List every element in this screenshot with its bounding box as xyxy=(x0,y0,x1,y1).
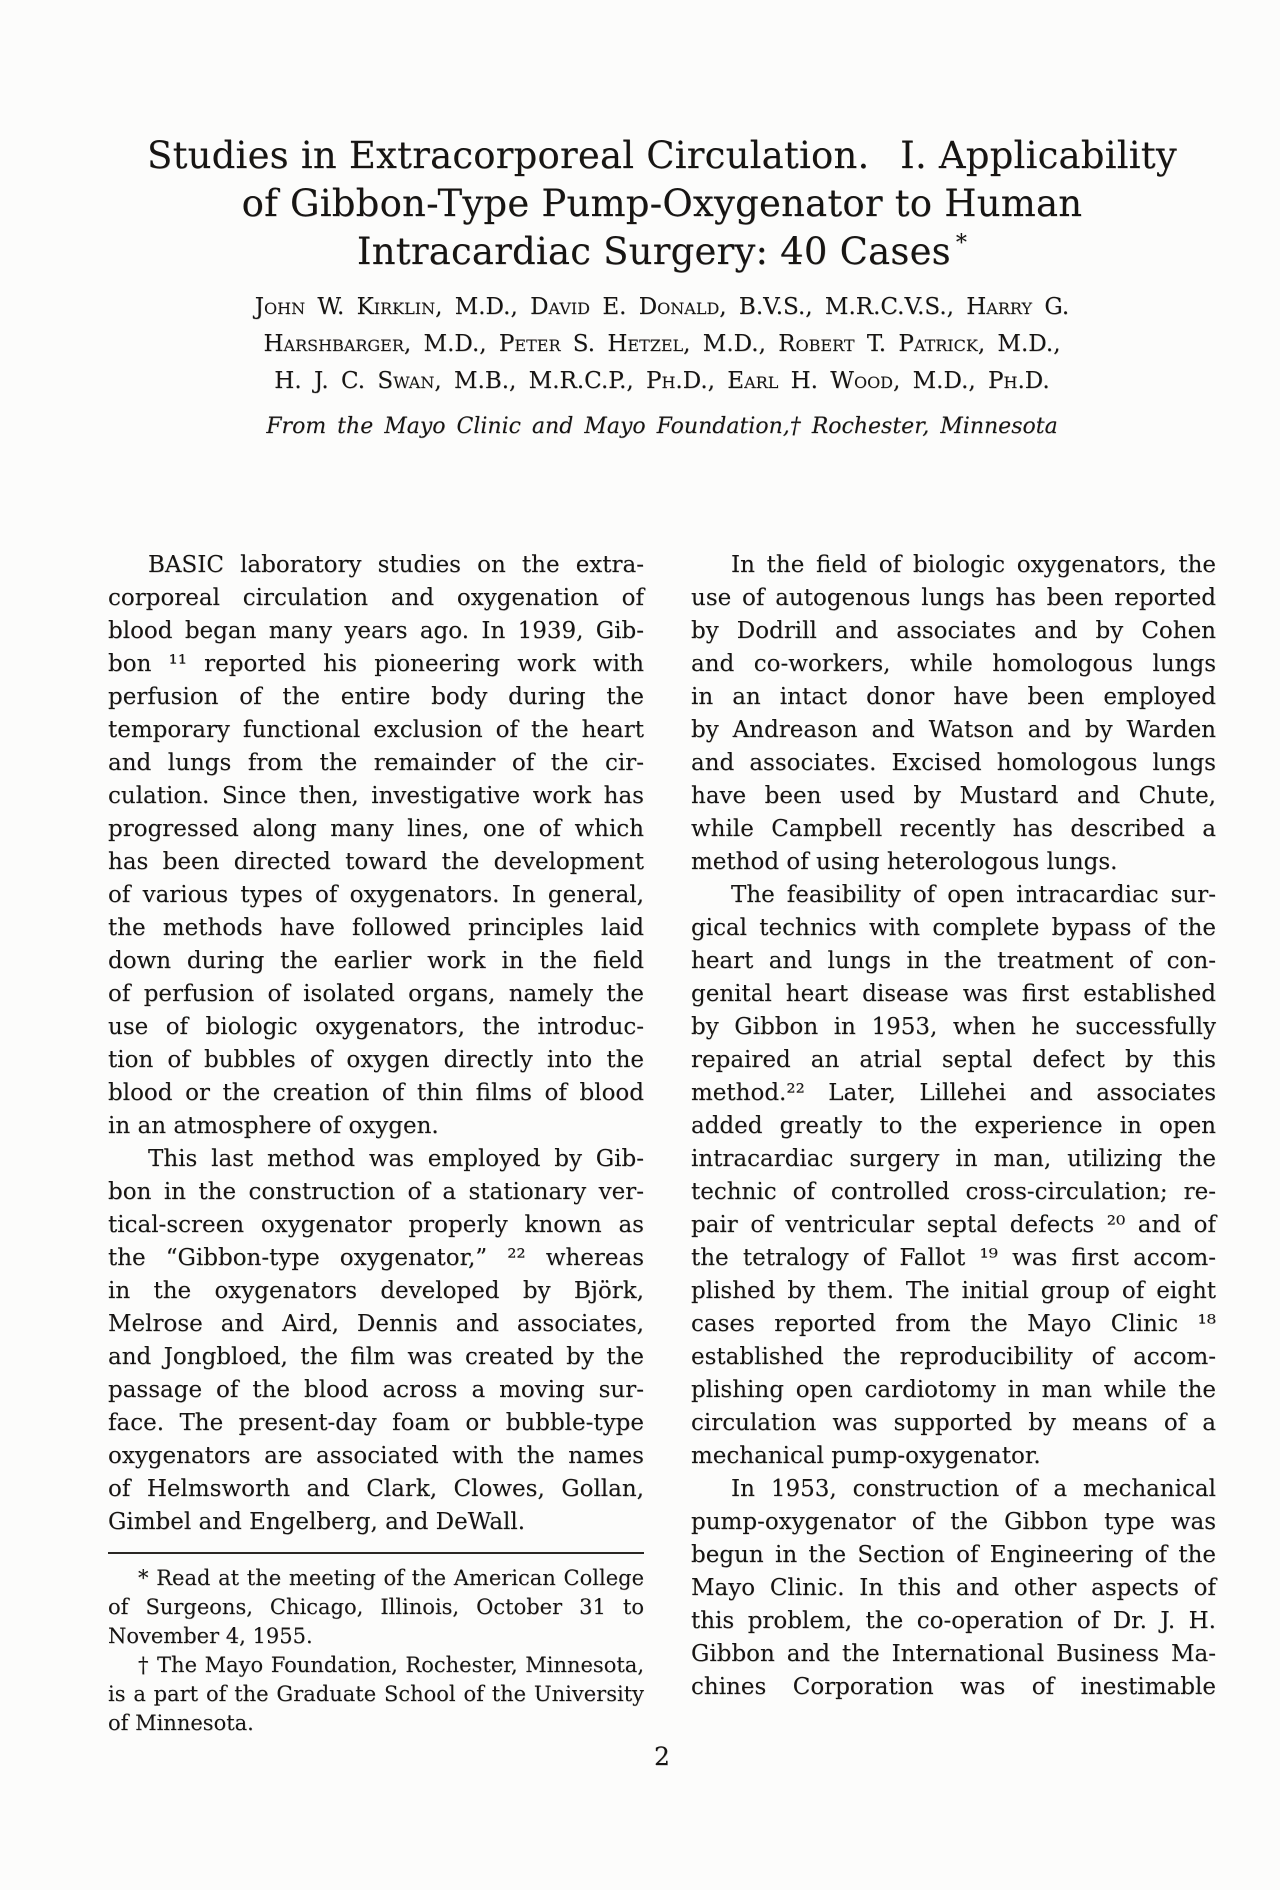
paragraph: * Read at the meeting of the American Co… xyxy=(108,1564,644,1651)
text-line: genital heart disease was first establis… xyxy=(691,978,1216,1011)
text-line: by Andreason and Watson and by Warden xyxy=(691,714,1216,747)
page: Studies in Extracorporeal Circulation. I… xyxy=(0,0,1280,1890)
text-line: The feasibility of open intracardiac sur… xyxy=(691,879,1216,912)
text-line: Gimbel and Engelberg, and DeWall. xyxy=(108,1506,644,1539)
text-line: blood began many years ago. In 1939, Gib… xyxy=(108,615,644,648)
title-footnote-marker: * xyxy=(956,231,967,256)
article-body: BASIC laboratory studies on the extra-co… xyxy=(108,549,1216,1738)
text-line: and lungs from the remainder of the cir- xyxy=(108,747,644,780)
left-column: BASIC laboratory studies on the extra-co… xyxy=(108,549,644,1738)
text-line: blood or the creation of thin films of b… xyxy=(108,1077,644,1110)
text-line: technic of controlled cross-circulation;… xyxy=(691,1176,1216,1209)
text-line: bon ¹¹ reported his pioneering work with xyxy=(108,648,644,681)
paragraph: † The Mayo Foundation, Rochester, Minnes… xyxy=(108,1651,644,1738)
text-line: the tetralogy of Fallot ¹⁹ was first acc… xyxy=(691,1242,1216,1275)
text-line: BASIC laboratory studies on the extra- xyxy=(108,549,644,582)
paragraph: In 1953, construction of a mechanicalpum… xyxy=(691,1473,1216,1704)
text-line: of Surgeons, Chicago, Illinois, October … xyxy=(108,1593,644,1622)
text-line: in the oxygenators developed by Björk, xyxy=(108,1275,644,1308)
text-line: by Gibbon in 1953, when he successfully xyxy=(691,1011,1216,1044)
title-line-2: of Gibbon-Type Pump-Oxygenator to Human xyxy=(108,180,1216,228)
text-line: and co-workers, while homologous lungs xyxy=(691,648,1216,681)
text-line: temporary functional exclusion of the he… xyxy=(108,714,644,747)
text-line: intracardiac surgery in man, utilizing t… xyxy=(691,1143,1216,1176)
text-line: method of using heterologous lungs. xyxy=(691,846,1216,879)
text-line: pump-oxygenator of the Gibbon type was xyxy=(691,1506,1216,1539)
text-line: tical-screen oxygenator properly known a… xyxy=(108,1209,644,1242)
text-line: use of autogenous lungs has been reporte… xyxy=(691,582,1216,615)
text-line: Mayo Clinic. In this and other aspects o… xyxy=(691,1572,1216,1605)
text-line: of various types of oxygenators. In gene… xyxy=(108,879,644,912)
text-line: of Minnesota. xyxy=(108,1709,644,1738)
text-line: by Dodrill and associates and by Cohen xyxy=(691,615,1216,648)
footnote: * Read at the meeting of the American Co… xyxy=(108,1552,644,1738)
paragraph: BASIC laboratory studies on the extra-co… xyxy=(108,549,644,1143)
text-line: November 4, 1955. xyxy=(108,1622,644,1651)
paragraph: In the field of biologic oxygenators, th… xyxy=(691,549,1216,879)
text-line: gical technics with complete bypass of t… xyxy=(691,912,1216,945)
text-line: plishing open cardiotomy in man while th… xyxy=(691,1374,1216,1407)
right-column-paragraphs: In the field of biologic oxygenators, th… xyxy=(691,549,1216,1704)
text-line: and Jongbloed, the film was created by t… xyxy=(108,1341,644,1374)
left-column-paragraphs: BASIC laboratory studies on the extra-co… xyxy=(108,549,644,1539)
text-line: is a part of the Graduate School of the … xyxy=(108,1680,644,1709)
text-line: circulation was supported by means of a xyxy=(691,1407,1216,1440)
paragraph: This last method was employed by Gib-bon… xyxy=(108,1143,644,1539)
text-line: begun in the Section of Engineering of t… xyxy=(691,1539,1216,1572)
text-line: while Campbell recently has described a xyxy=(691,813,1216,846)
text-line: method.²² Later, Lillehei and associates xyxy=(691,1077,1216,1110)
text-line: heart and lungs in the treatment of con- xyxy=(691,945,1216,978)
title-block: Studies in Extracorporeal Circulation. I… xyxy=(108,132,1216,442)
text-line: this problem, the co-operation of Dr. J.… xyxy=(691,1605,1216,1638)
author-line-3: H. J. C. Swan, M.B., M.R.C.P., Ph.D., Ea… xyxy=(108,363,1216,400)
text-line: plished by them. The initial group of ei… xyxy=(691,1275,1216,1308)
text-line: corporeal circulation and oxygenation of xyxy=(108,582,644,615)
text-line: has been directed toward the development xyxy=(108,846,644,879)
author-list: John W. Kirklin, M.D., David E. Donald, … xyxy=(108,289,1216,400)
text-line: established the reproducibility of accom… xyxy=(691,1341,1216,1374)
author-line-2: Harshbarger, M.D., Peter S. Hetzel, M.D.… xyxy=(108,326,1216,363)
text-line: and associates. Excised homologous lungs xyxy=(691,747,1216,780)
text-line: In the field of biologic oxygenators, th… xyxy=(691,549,1216,582)
text-line: repaired an atrial septal defect by this xyxy=(691,1044,1216,1077)
text-line: added greatly to the experience in open xyxy=(691,1110,1216,1143)
text-line: progressed along many lines, one of whic… xyxy=(108,813,644,846)
affiliation: From the Mayo Clinic and Mayo Foundation… xyxy=(108,412,1216,442)
author-line-1: John W. Kirklin, M.D., David E. Donald, … xyxy=(108,289,1216,326)
text-line: In 1953, construction of a mechanical xyxy=(691,1473,1216,1506)
text-line: of perfusion of isolated organs, namely … xyxy=(108,978,644,1011)
right-column: In the field of biologic oxygenators, th… xyxy=(691,549,1216,1738)
text-line: Gibbon and the International Business Ma… xyxy=(691,1638,1216,1671)
text-line: use of biologic oxygenators, the introdu… xyxy=(108,1011,644,1044)
text-line: * Read at the meeting of the American Co… xyxy=(108,1564,644,1593)
text-line: mechanical pump-oxygenator. xyxy=(691,1440,1216,1473)
title-line-1: Studies in Extracorporeal Circulation. I… xyxy=(108,132,1216,180)
text-line: bon in the construction of a stationary … xyxy=(108,1176,644,1209)
title-line-3-text: Intracardiac Surgery: 40 Cases xyxy=(357,230,951,273)
text-line: perfusion of the entire body during the xyxy=(108,681,644,714)
text-line: culation. Since then, investigative work… xyxy=(108,780,644,813)
text-line: the “Gibbon-type oxygenator,” ²² whereas xyxy=(108,1242,644,1275)
article-title: Studies in Extracorporeal Circulation. I… xyxy=(108,132,1216,276)
text-line: Melrose and Aird, Dennis and associates, xyxy=(108,1308,644,1341)
text-line: oxygenators are associated with the name… xyxy=(108,1440,644,1473)
text-line: cases reported from the Mayo Clinic ¹⁸ xyxy=(691,1308,1216,1341)
text-line: have been used by Mustard and Chute, xyxy=(691,780,1216,813)
text-line: passage of the blood across a moving sur… xyxy=(108,1374,644,1407)
text-line: † The Mayo Foundation, Rochester, Minnes… xyxy=(108,1651,644,1680)
paragraph: The feasibility of open intracardiac sur… xyxy=(691,879,1216,1473)
text-line: down during the earlier work in the fiel… xyxy=(108,945,644,978)
text-line: chines Corporation was of inestimable xyxy=(691,1671,1216,1704)
text-line: in an intact donor have been employed xyxy=(691,681,1216,714)
text-line: the methods have followed principles lai… xyxy=(108,912,644,945)
text-line: This last method was employed by Gib- xyxy=(108,1143,644,1176)
text-line: tion of bubbles of oxygen directly into … xyxy=(108,1044,644,1077)
text-line: face. The present-day foam or bubble-typ… xyxy=(108,1407,644,1440)
title-line-3: Intracardiac Surgery: 40 Cases* xyxy=(108,228,1216,276)
text-line: pair of ventricular septal defects ²⁰ an… xyxy=(691,1209,1216,1242)
text-line: in an atmosphere of oxygen. xyxy=(108,1110,644,1143)
page-number: 2 xyxy=(108,1740,1216,1773)
text-line: of Helmsworth and Clark, Clowes, Gollan, xyxy=(108,1473,644,1506)
